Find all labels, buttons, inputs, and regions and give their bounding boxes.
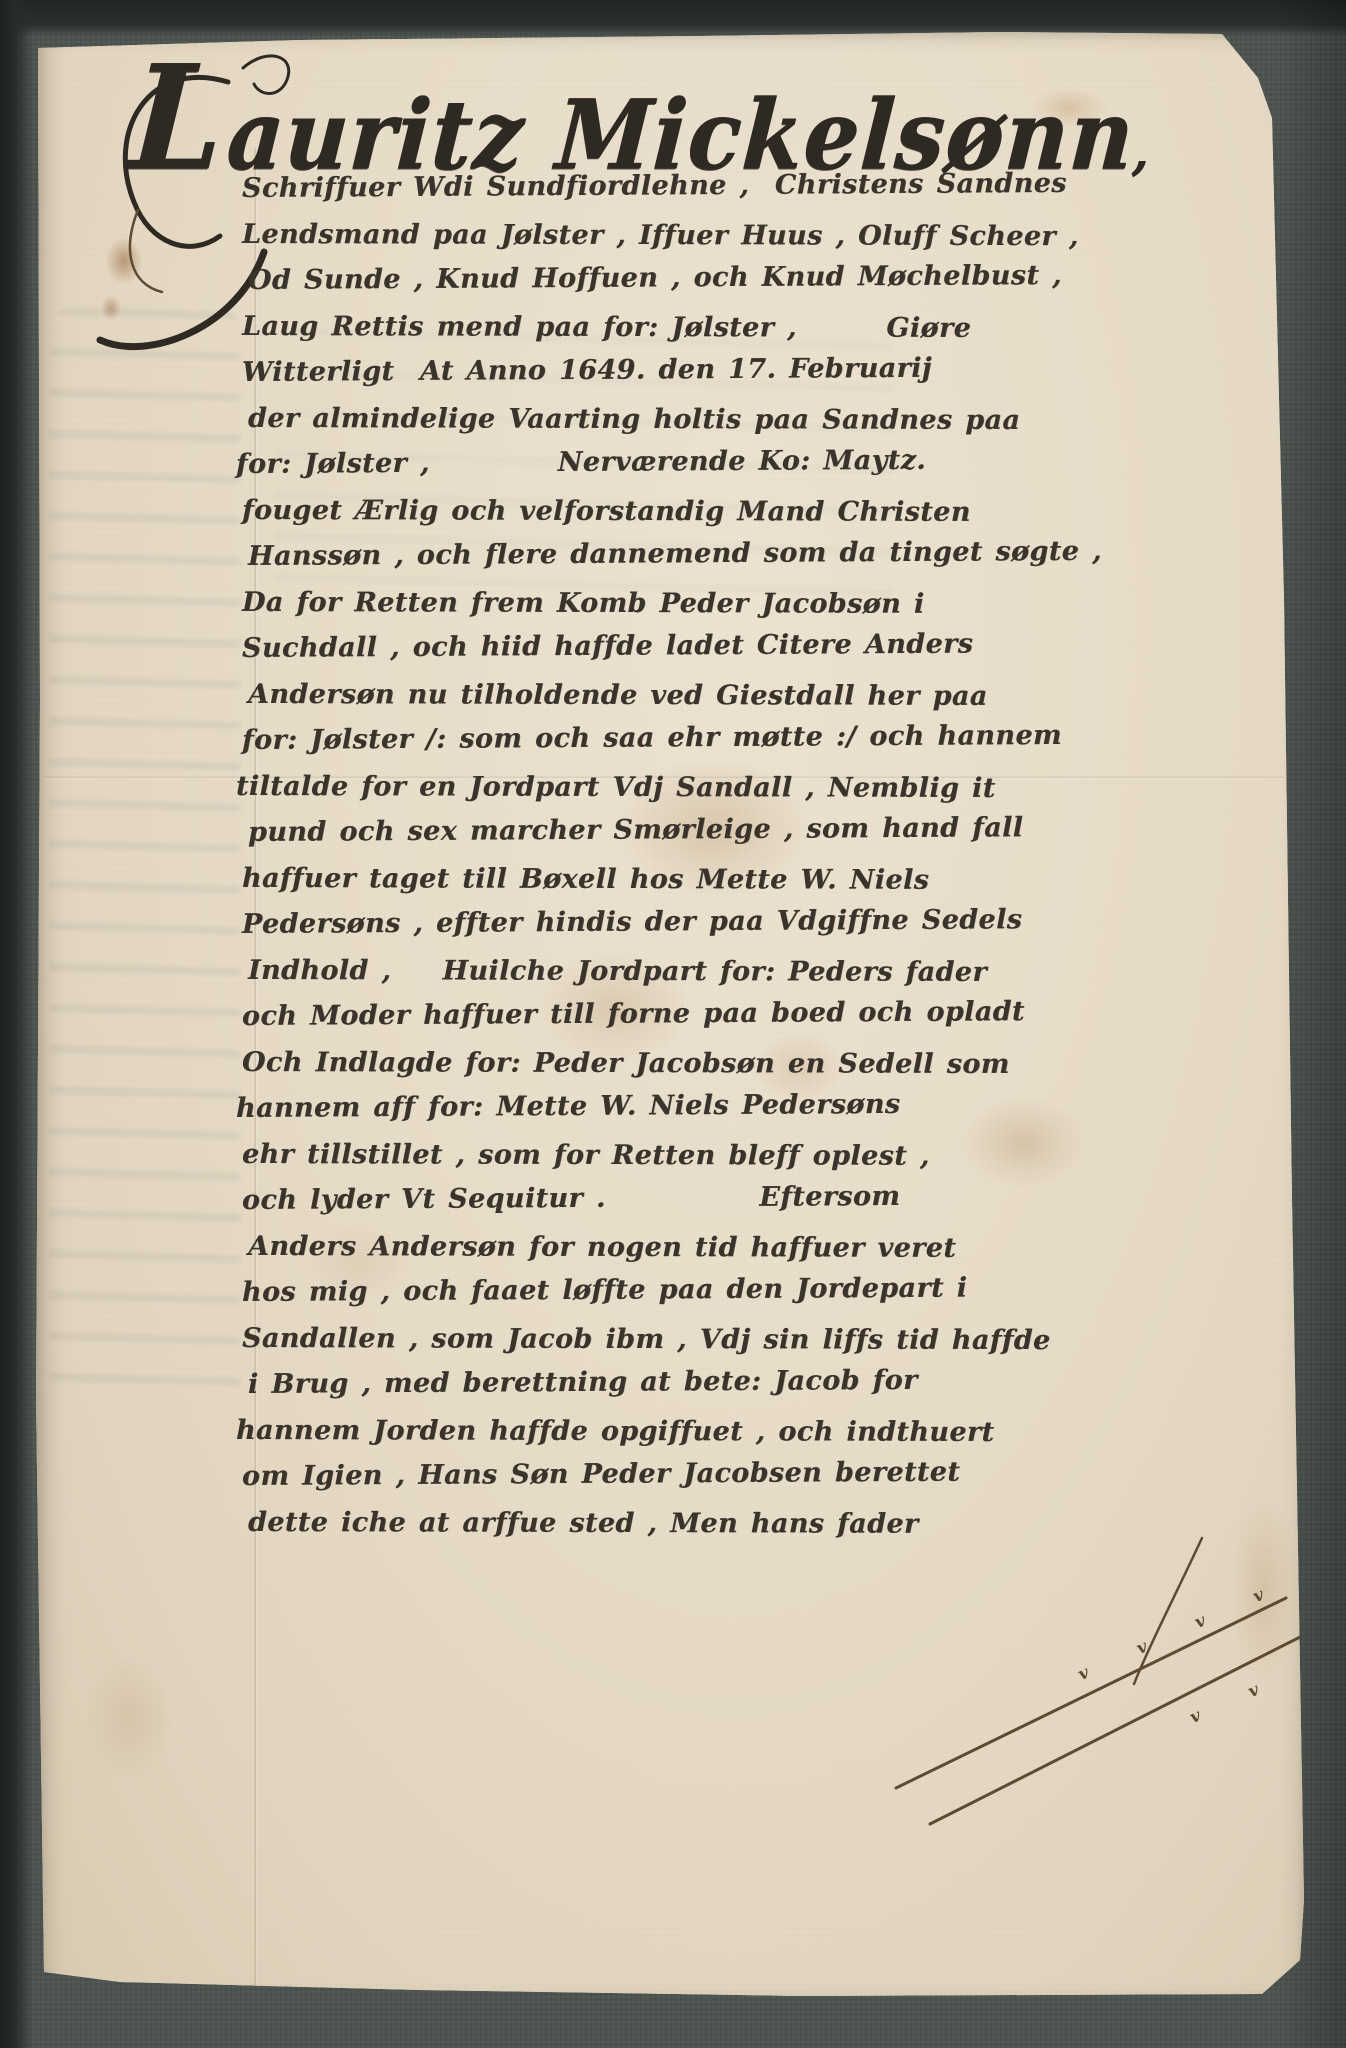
manuscript-text: Schriffuer Wdi Sundfiordlehne , Christen…	[242, 166, 1062, 1546]
manuscript-line: hos mig , och faaet løffte paa den Jorde…	[242, 1265, 1062, 1316]
stain	[64, 1628, 194, 1808]
manuscript-line: Hanssøn , och flere dannemend som da tin…	[248, 529, 1062, 580]
manuscript-line: for: Jølster , Nerværende Ko: Maytz.	[236, 437, 1062, 488]
manuscript-line: dette iche at arffue sted , Men hans fad…	[248, 1500, 1062, 1548]
ink-stain	[96, 290, 126, 326]
manuscript-line: Schriffuer Wdi Sundfiordlehne , Christen…	[242, 161, 1062, 212]
manuscript-page: Lauritz Mickelsønn, Schriffuer Wdi Sundf…	[34, 28, 1308, 2006]
manuscript-line: Pedersøns , effter hindis der paa Vdgiff…	[242, 897, 1062, 948]
manuscript-line: hannem aff for: Mette W. Niels Pedersøns	[236, 1081, 1062, 1132]
title-flourish-mark: ,	[1131, 125, 1152, 181]
manuscript-line: i Brug , med berettning at bete: Jacob f…	[248, 1357, 1062, 1408]
manuscript-line: om Igien , Hans Søn Peder Jacobsen beret…	[242, 1449, 1062, 1500]
manuscript-line: och lyder Vt Sequitur . Eftersom	[242, 1173, 1062, 1224]
binding-top-edge	[0, 0, 1346, 36]
bleedthrough-text	[50, 308, 240, 1408]
manuscript-line: Od Sunde , Knud Hoffuen , och Knud Møche…	[248, 253, 1062, 304]
manuscript-line: pund och sex marcher Smørleige , som han…	[248, 805, 1062, 856]
binding-spine-edge	[0, 0, 34, 2048]
manuscript-line: Witterligt At Anno 1649. den 17. Februar…	[242, 345, 1062, 396]
ink-stain	[98, 228, 150, 294]
manuscript-line: och Moder haffuer till forne paa boed oc…	[242, 989, 1062, 1040]
manuscript-line: for: Jølster /: som och saa ehr møtte :/…	[242, 713, 1062, 764]
manuscript-line: Suchdall , och hiid haffde ladet Citere …	[242, 621, 1062, 672]
